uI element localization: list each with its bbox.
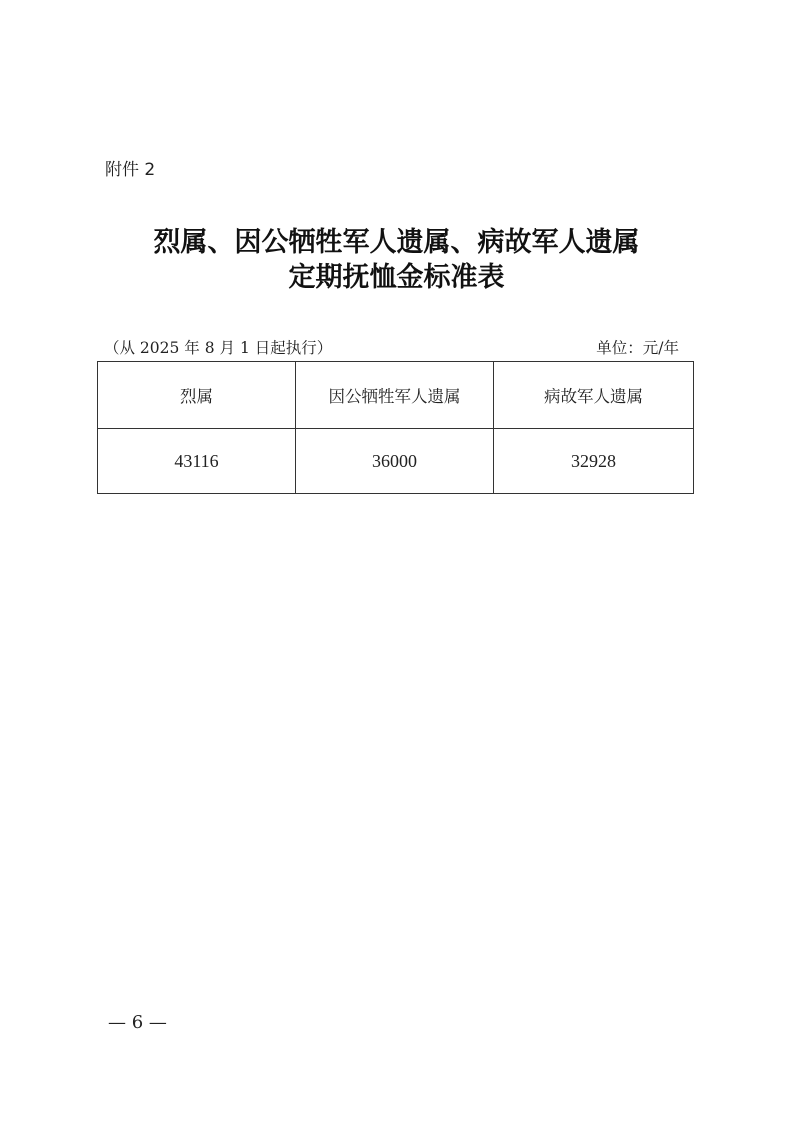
header-duty-death-family: 因公牺牲军人遗属: [296, 362, 494, 429]
table-row: 43116 36000 32928: [98, 429, 694, 494]
header-martyr-family: 烈属: [98, 362, 296, 429]
table-header-row: 烈属 因公牺牲军人遗属 病故军人遗属: [98, 362, 694, 429]
value-martyr-family: 43116: [98, 429, 296, 494]
pension-standard-table: 烈属 因公牺牲军人遗属 病故军人遗属 43116 36000 32928: [97, 361, 694, 494]
attachment-label: 附件 2: [105, 155, 155, 180]
unit-note: 单位：元/年: [596, 336, 679, 358]
document-title-line-2: 定期抚恤金标准表: [100, 255, 693, 294]
page-number: — 6 —: [108, 1012, 167, 1033]
value-duty-death-family: 36000: [296, 429, 494, 494]
effective-date-note: （从 2025 年 8 月 1 日起执行）: [104, 336, 332, 358]
value-illness-death-family: 32928: [494, 429, 694, 494]
document-title-line-1: 烈属、因公牺牲军人遗属、病故军人遗属: [100, 220, 693, 259]
header-illness-death-family: 病故军人遗属: [494, 362, 694, 429]
